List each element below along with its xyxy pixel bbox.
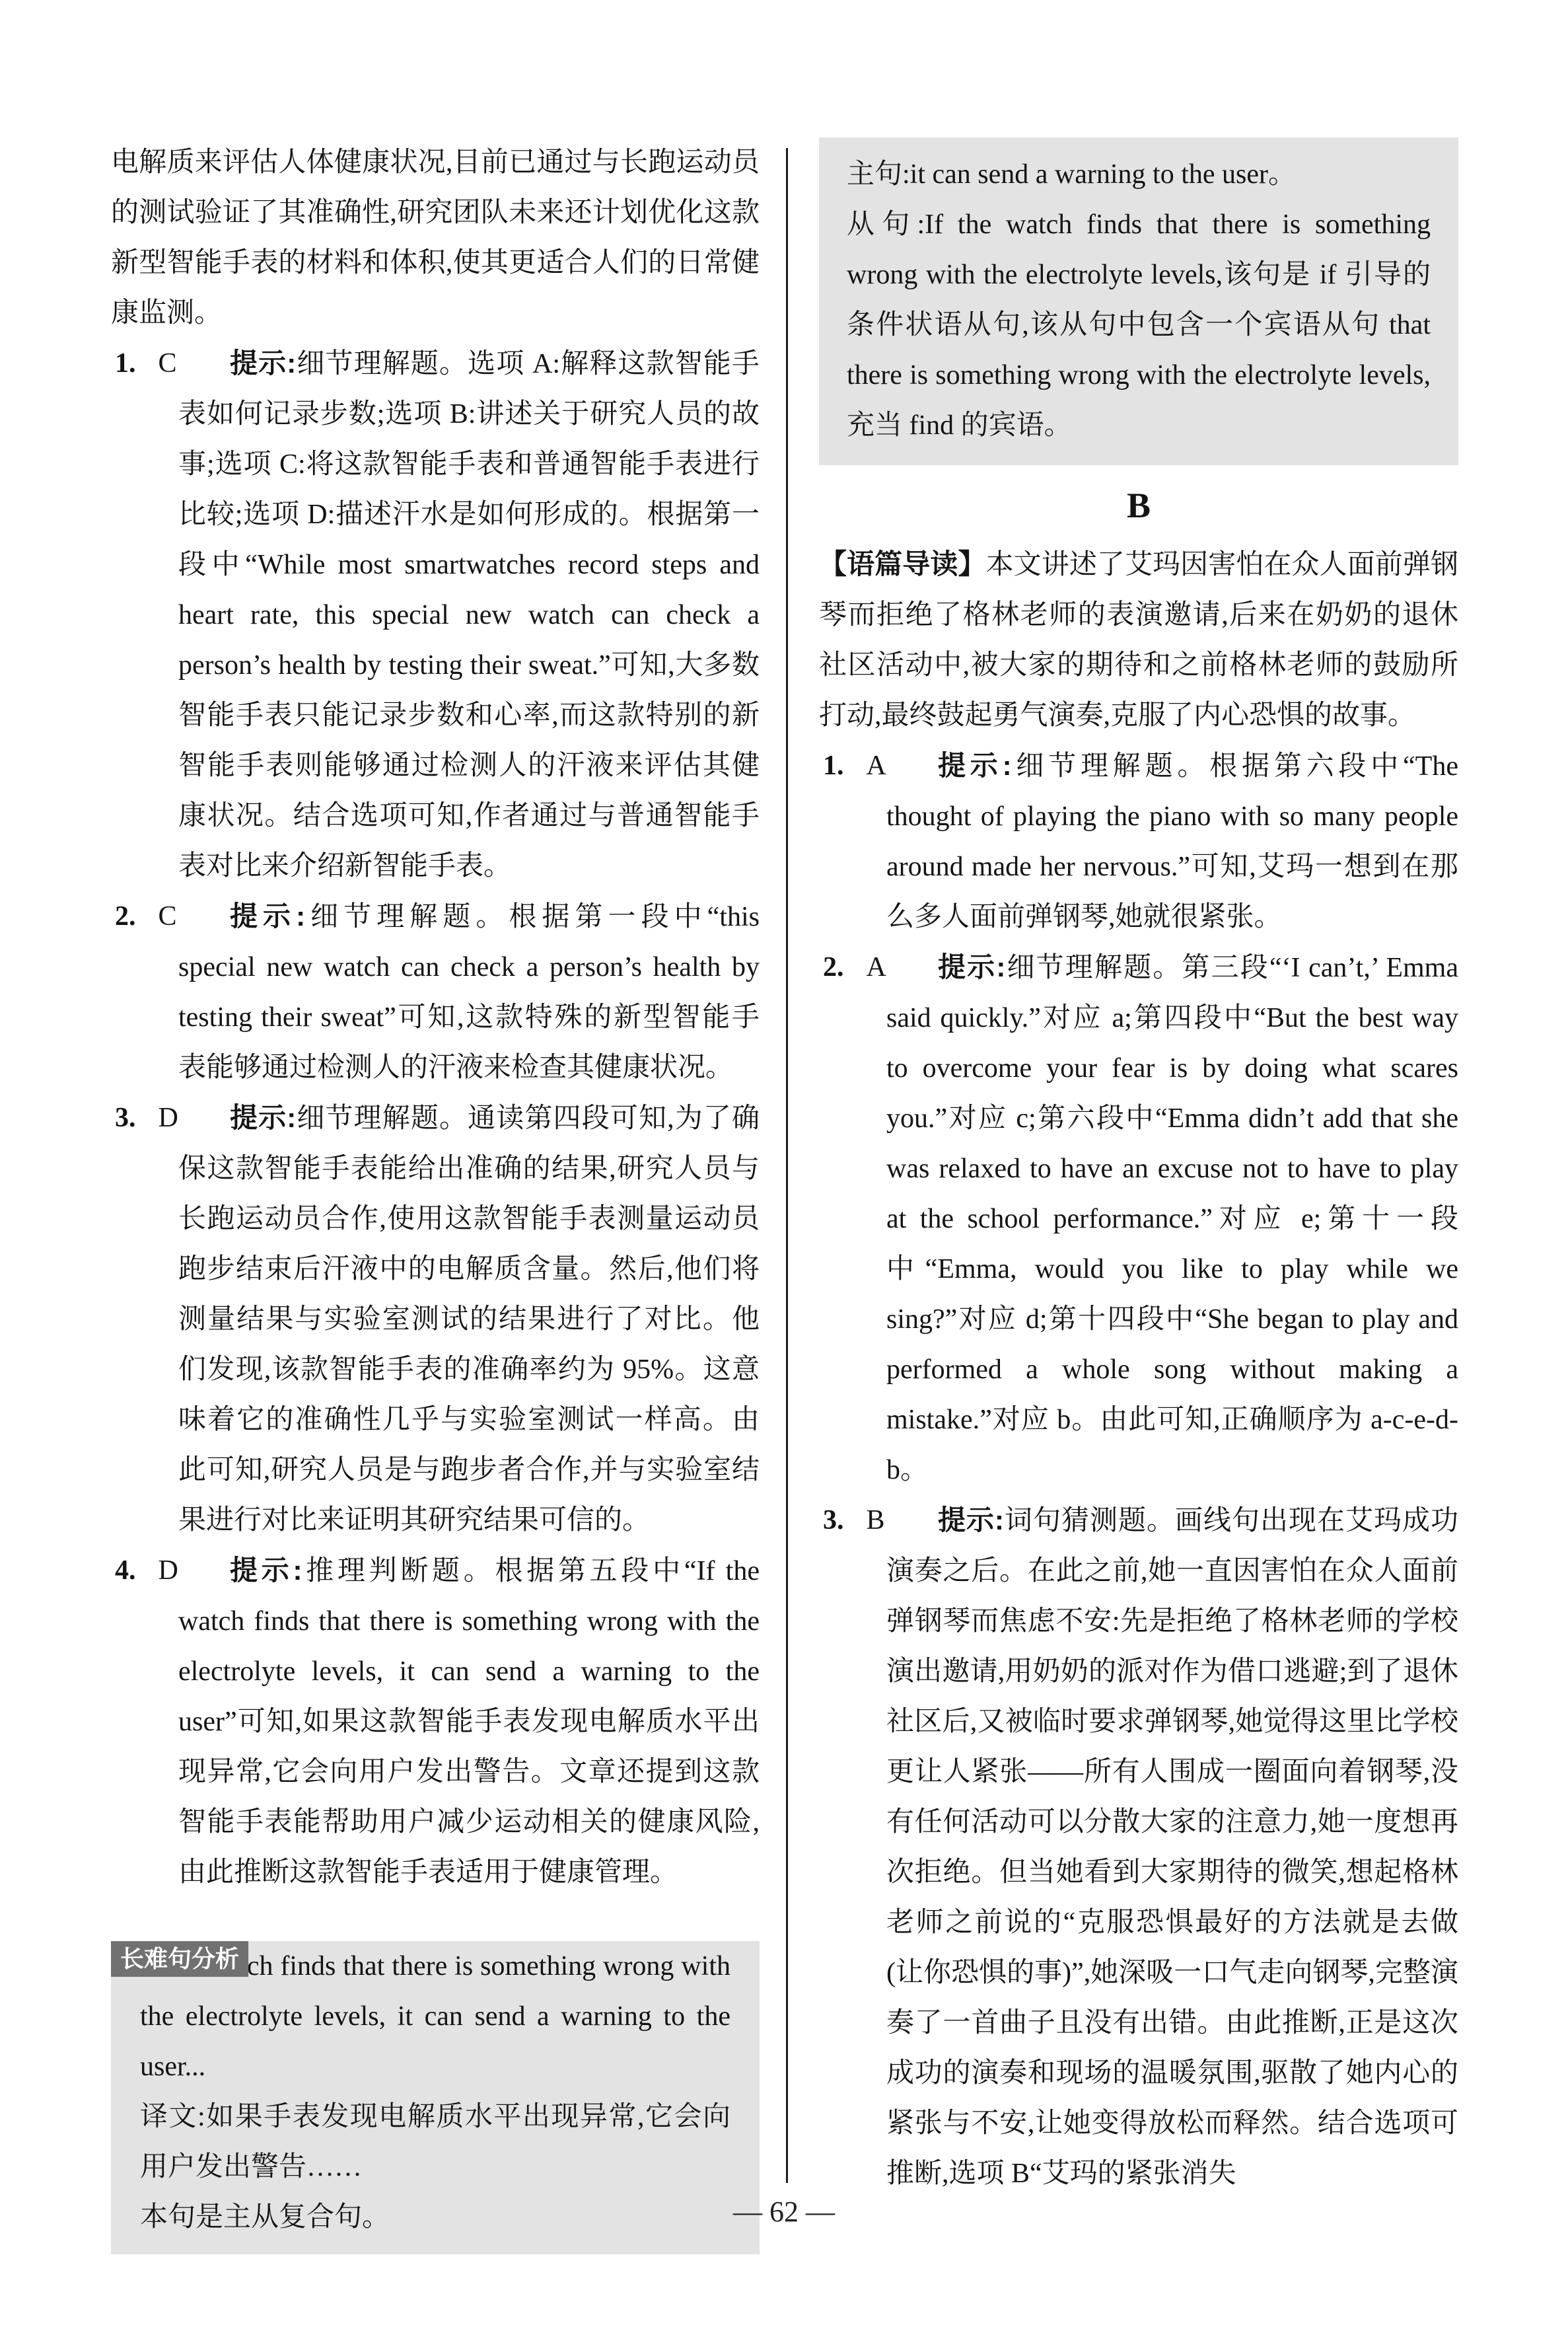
analysis-box-title: 长难句分析 (111, 1941, 248, 1977)
left-column: 电解质来评估人体健康状况,目前已通过与长跑运动员的测试验证了其准确性,研究团队未… (111, 137, 760, 2254)
page-number: — 62 — (0, 2195, 1568, 2229)
guide-label: 【语篇导读】 (819, 548, 986, 579)
item-number: 1. (823, 751, 844, 781)
sub-clause-line: 从句:If the watch finds that there is some… (847, 200, 1431, 451)
answer-letter: A (867, 952, 886, 982)
item-explanation: 推理判断题。根据第五段中“If the watch finds that the… (178, 1556, 760, 1888)
hint-label: 提示: (230, 1102, 296, 1133)
passage-guide: 【语篇导读】本文讲述了艾玛因害怕在众人面前弹钢琴而拒绝了格林老师的表演邀请,后来… (819, 539, 1458, 741)
item-marker: 3.D (115, 1093, 178, 1143)
answer-item-1: 1.A提示:细节理解题。根据第六段中“The thought of playin… (819, 741, 1458, 942)
answer-item-2: 2.A提示:细节理解题。第三段“‘I can’t,’ Emma said qui… (819, 942, 1458, 1495)
item-marker: 1.A (823, 741, 886, 791)
answer-item-1: 1.C提示:细节理解题。选项 A:解释这款智能手表如何记录步数;选项 B:讲述关… (111, 338, 760, 891)
section-heading-b: B (819, 482, 1458, 529)
answer-letter: D (159, 1555, 178, 1586)
main-clause-line: 主句:it can send a warning to the user。 (847, 149, 1431, 200)
item-explanation: 细节理解题。选项 A:解释这款智能手表如何记录步数;选项 B:讲述关于研究人员的… (178, 349, 760, 881)
analysis-continuation-box: 主句:it can send a warning to the user。 从句… (819, 137, 1458, 465)
item-number: 3. (823, 1505, 844, 1535)
hint-label: 提示: (230, 901, 305, 932)
right-column: 主句:it can send a warning to the user。 从句… (819, 137, 1458, 2199)
answer-item-4: 4.D提示:推理判断题。根据第五段中“If the watch finds th… (111, 1545, 760, 1898)
hint-label: 提示: (938, 1504, 1004, 1535)
analysis-translation: 译文:如果手表发现电解质水平出现异常,它会向用户发出警告…… (140, 2092, 731, 2192)
answer-letter: D (159, 1103, 178, 1133)
item-number: 3. (115, 1103, 136, 1133)
item-marker: 4.D (115, 1545, 178, 1596)
item-explanation: 细节理解题。第三段“‘I can’t,’ Emma said quickly.”… (886, 953, 1458, 1485)
answer-letter: C (159, 348, 177, 379)
item-explanation: 细节理解题。通读第四段可知,为了确保这款智能手表能给出准确的结果,研究人员与长跑… (178, 1103, 760, 1535)
textbook-answer-page: 电解质来评估人体健康状况,目前已通过与长跑运动员的测试验证了其准确性,研究团队未… (0, 0, 1568, 2325)
intro-paragraph: 电解质来评估人体健康状况,目前已通过与长跑运动员的测试验证了其准确性,研究团队未… (111, 137, 760, 338)
answer-item-3: 3.B提示:词句猜测题。画线句出现在艾玛成功演奏之后。在此之前,她一直因害怕在众… (819, 1495, 1458, 2199)
answer-letter: B (867, 1505, 885, 1535)
item-marker: 2.A (823, 942, 886, 992)
hint-label: 提示: (230, 1555, 302, 1586)
hint-label: 提示: (938, 750, 1012, 781)
item-marker: 1.C (115, 338, 177, 388)
item-number: 2. (115, 901, 136, 932)
item-explanation: 词句猜测题。画线句出现在艾玛成功演奏之后。在此之前,她一直因害怕在众人面前弹钢琴… (886, 1506, 1458, 2189)
item-number: 1. (115, 348, 136, 379)
hint-label: 提示: (938, 951, 1005, 982)
answer-item-2: 2.C提示:细节理解题。根据第一段中“this special new watc… (111, 891, 760, 1093)
column-divider (786, 148, 788, 2183)
answer-item-3: 3.D提示:细节理解题。通读第四段可知,为了确保这款智能手表能给出准确的结果,研… (111, 1093, 760, 1545)
answer-letter: A (867, 751, 886, 781)
answer-letter: C (159, 901, 177, 932)
item-marker: 3.B (823, 1495, 885, 1545)
item-marker: 2.C (115, 891, 177, 941)
hint-label: 提示: (230, 348, 296, 379)
item-number: 4. (115, 1555, 136, 1586)
item-number: 2. (823, 952, 844, 982)
